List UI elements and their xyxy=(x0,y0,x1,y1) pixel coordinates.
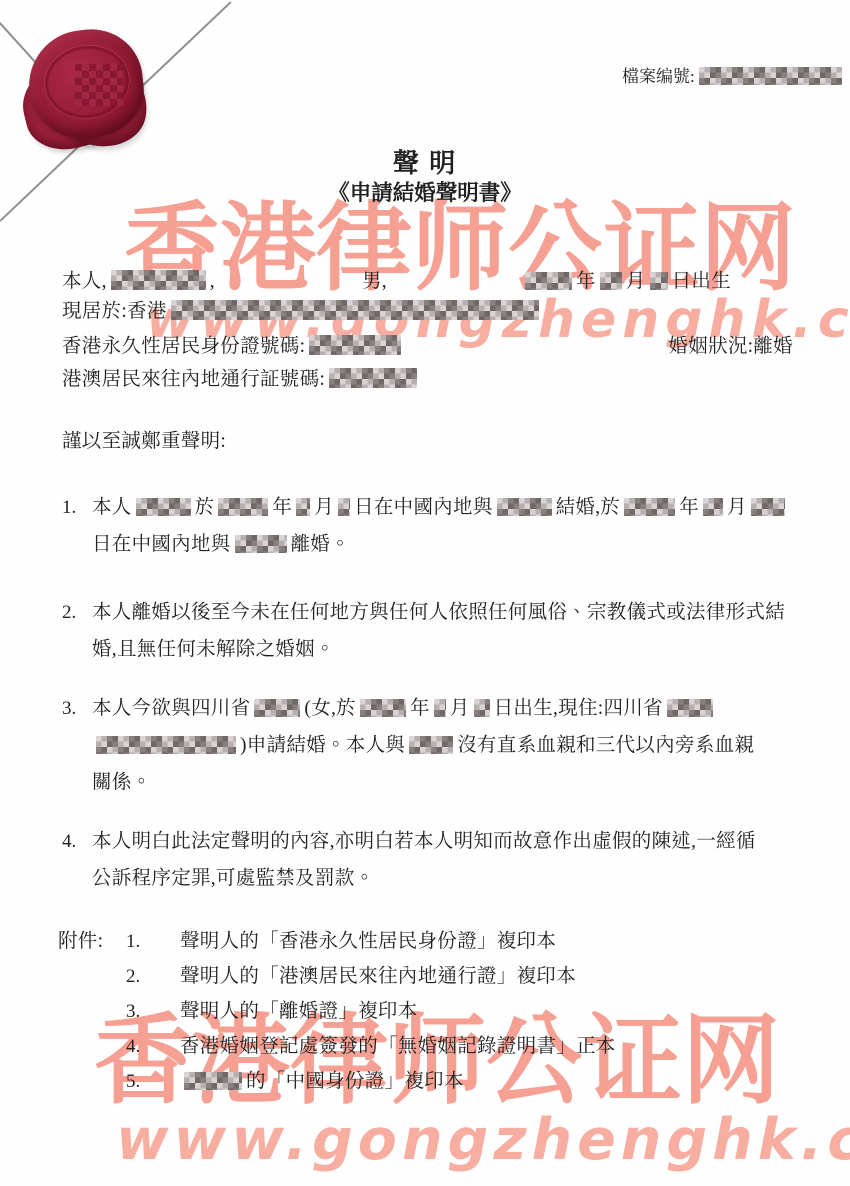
redaction-block xyxy=(184,1072,242,1090)
document-subtitle: 《申請結婚聲明書》 xyxy=(0,180,850,206)
item-text: 本人於年月日在中國內地與結婚,於年月日在中國內地與離婚。 xyxy=(92,489,817,563)
text-run: 的「中國身份證」複印本 xyxy=(246,1071,464,1092)
redaction-block xyxy=(525,272,572,290)
text-run: 本人今欲與四川省 xyxy=(92,698,250,719)
item-number: 4. xyxy=(62,823,92,897)
text-run: 月 xyxy=(626,271,646,292)
text-run: , xyxy=(210,271,215,292)
redaction-block xyxy=(360,699,406,717)
text-run: 香港婚姻登記處簽發的「無婚姻記錄證明書」正本 xyxy=(180,1036,616,1057)
redaction-block xyxy=(136,498,191,516)
declaration-item: 2. 本人離婚以後至今未在任何地方與任何人依照任何風俗、宗教儀式或法律形式結婚,… xyxy=(62,594,817,668)
file-number-line: 檔案编號: xyxy=(622,66,846,88)
attachment-number: 2. xyxy=(126,959,140,994)
item-text: 本人明白此法定聲明的內容,亦明白若本人明知而故意作出虛假的陳述,一經循公訴程序定… xyxy=(92,823,817,897)
attachment-row: 5. 的「中國身份證」複印本 xyxy=(58,1064,820,1099)
redaction-block xyxy=(650,272,668,290)
file-number-label: 檔案编號: xyxy=(622,67,695,86)
redaction-block xyxy=(667,699,713,717)
attachment-row: 1. 聲明人的「香港永久性居民身份證」複印本 xyxy=(58,924,820,959)
redaction-block xyxy=(624,498,675,516)
declaration-item: 1. 本人於年月日在中國內地與結婚,於年月日在中國內地與離婚。 xyxy=(62,489,817,563)
text-run: 本人, xyxy=(62,271,107,292)
document-title: 聲 明 xyxy=(0,149,850,179)
item-number: 3. xyxy=(62,690,92,801)
text-run: 日在中國內地與 xyxy=(92,534,231,555)
mainland-travel-permit-line: 港澳居民來往內地通行証號碼: xyxy=(62,367,421,393)
text-run: 離婚。 xyxy=(291,534,350,555)
redaction-block xyxy=(296,498,310,516)
text-run: (女,於 xyxy=(304,698,356,719)
declarant-name-gender-birth-line: 本人,,男,年月日出生 xyxy=(62,269,731,295)
watermark-url-top: www.gongzhenghk.com xyxy=(146,294,850,346)
text-run: 月 xyxy=(314,497,334,518)
text-run: 聲明人的「港澳居民來往內地通行證」複印本 xyxy=(180,966,576,987)
redaction-block xyxy=(338,498,350,516)
text-run: 月 xyxy=(450,698,470,719)
redaction-block xyxy=(751,498,785,516)
text-run: )申請結婚。本人與 xyxy=(240,735,405,756)
hk-permanent-id-line: 香港永久性居民身份證號碼: xyxy=(62,334,405,360)
attachment-text: 聲明人的「港澳居民來往內地通行證」複印本 xyxy=(180,959,576,994)
item-number: 2. xyxy=(62,594,92,668)
red-wax-seal xyxy=(23,30,147,150)
residence-address-line: 現居於:香港 xyxy=(62,299,543,325)
item-text: 本人今欲與四川省(女,於年月日出生,現住:四川省)申請結婚。本人與沒有直系血親和… xyxy=(92,690,817,801)
attachment-row: 4. 香港婚姻登記處簽發的「無婚姻記錄證明書」正本 xyxy=(58,1029,820,1064)
text-run: 港澳居民來往內地通行証號碼: xyxy=(62,369,325,390)
redaction-block xyxy=(409,736,453,754)
attachments-list: 1. 聲明人的「香港永久性居民身份證」複印本 2. 聲明人的「港澳居民來往內地通… xyxy=(58,924,820,1099)
text-run: 本人 xyxy=(92,497,132,518)
file-number-redaction xyxy=(699,67,842,85)
text-run: 本人離婚以後至今未在任何地方與任何人依照任何風俗、宗教儀式或法律形式結 xyxy=(92,602,785,623)
document-content: 檔案编號: 聲 明 《申請結婚聲明書》 本人,,男,年月日出生 現居於:香港 香… xyxy=(0,0,850,1186)
text-run: 年 xyxy=(679,497,699,518)
redaction-block xyxy=(600,272,622,290)
attachment-number: 5. xyxy=(126,1064,140,1099)
redaction-block xyxy=(434,699,446,717)
text-run: 年 xyxy=(576,271,596,292)
attachment-text: 聲明人的「香港永久性居民身份證」複印本 xyxy=(180,924,556,959)
attachment-text: 的「中國身份證」複印本 xyxy=(180,1064,464,1099)
text-run: 香港永久性居民身份證號碼: xyxy=(62,336,305,357)
text-run: 聲明人的「離婚證」複印本 xyxy=(180,1001,418,1022)
text-run: 結婚,於 xyxy=(556,497,621,518)
text-run: 聲明人的「香港永久性居民身份證」複印本 xyxy=(180,931,556,952)
text-run: 日在中國內地與 xyxy=(354,497,493,518)
attachment-text: 聲明人的「離婚證」複印本 xyxy=(180,994,418,1029)
attachment-number: 3. xyxy=(126,994,140,1029)
redaction-block xyxy=(235,535,287,553)
redaction-block xyxy=(171,300,539,320)
redaction-block xyxy=(309,335,401,355)
spacer xyxy=(387,286,521,287)
text-run: 日出生,現住:四川省 xyxy=(494,698,663,719)
declaration-item: 4. 本人明白此法定聲明的內容,亦明白若本人明知而故意作出虛假的陳述,一經循公訴… xyxy=(62,823,817,897)
text-run: 關係。 xyxy=(92,772,151,793)
text-run: 年 xyxy=(410,698,430,719)
attachment-text: 香港婚姻登記處簽發的「無婚姻記錄證明書」正本 xyxy=(180,1029,616,1064)
attachment-row: 2. 聲明人的「港澳居民來往內地通行證」複印本 xyxy=(58,959,820,994)
redaction-block xyxy=(218,498,268,516)
wax-seal-redaction-patch xyxy=(75,64,123,106)
attachment-row: 3. 聲明人的「離婚證」複印本 xyxy=(58,994,820,1029)
text-run: 婚,且無任何未解除之婚姻。 xyxy=(92,639,335,660)
text-run: 月 xyxy=(727,497,747,518)
redaction-block xyxy=(96,736,236,754)
attachment-number: 1. xyxy=(126,924,140,959)
solemn-declaration-lead-in: 謹以至誠鄭重聲明: xyxy=(62,429,226,455)
redaction-block xyxy=(703,498,723,516)
text-run: 年 xyxy=(272,497,292,518)
redaction-block xyxy=(497,498,552,516)
attachments-section: 附件: 1. 聲明人的「香港永久性居民身份證」複印本 2. 聲明人的「港澳居民來… xyxy=(58,924,820,1099)
text-run: 於 xyxy=(195,497,215,518)
attachment-number: 4. xyxy=(126,1029,140,1064)
text-run: 本人明白此法定聲明的內容,亦明白若本人明知而故意作出虛假的陳述,一經循 xyxy=(92,831,756,852)
text-run: 日出生 xyxy=(672,271,731,292)
watermark-brand-top: 香港律师公证网 xyxy=(124,200,796,296)
item-number: 1. xyxy=(62,489,92,563)
watermark-url-bottom: www.gongzhenghk.com xyxy=(116,1112,850,1169)
text-run: 男, xyxy=(362,271,387,292)
declaration-item: 3. 本人今欲與四川省(女,於年月日出生,現住:四川省)申請結婚。本人與沒有直系… xyxy=(62,690,817,801)
text-run: 現居於:香港 xyxy=(62,301,167,322)
redaction-block xyxy=(474,699,490,717)
redaction-block xyxy=(329,368,417,388)
declaration-document-page: 香港律师公证网 www.gongzhenghk.com 香港律师公证网 www.… xyxy=(0,0,850,1186)
text-run: 公訴程序定罪,可處監禁及罰款。 xyxy=(92,868,374,889)
redaction-block xyxy=(254,699,300,717)
watermark-brand-bottom: 香港律师公证网 xyxy=(94,1012,780,1110)
spacer xyxy=(215,286,362,287)
marital-status-text: 婚姻狀況:離婚 xyxy=(668,334,793,360)
text-run: 沒有直系血親和三代以內旁系血親 xyxy=(457,735,754,756)
item-text: 本人離婚以後至今未在任何地方與任何人依照任何風俗、宗教儀式或法律形式結婚,且無任… xyxy=(92,594,817,668)
attachments-label: 附件: xyxy=(58,924,103,959)
redaction-block xyxy=(111,270,206,290)
